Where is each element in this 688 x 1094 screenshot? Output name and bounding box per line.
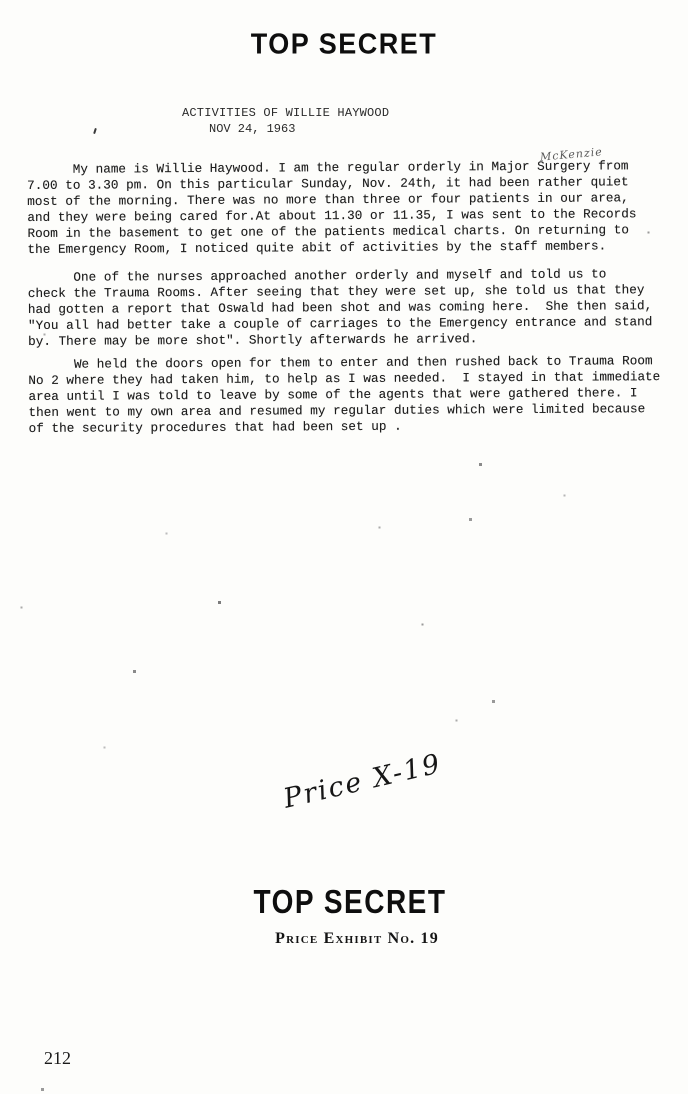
handwritten-signature: Price X-19 [281,748,445,814]
page-number: 212 [44,1048,71,1069]
typed-line: of the security procedures that had been… [29,417,688,437]
typed-line: the Emergency Room, I noticed quite abit… [27,238,687,258]
document-date: NOV 24, 1963 [209,122,295,136]
scanned-document-page: TOP SECRET ACTIVITIES OF WILLIE HAYWOOD … [0,0,688,1094]
classification-stamp-bottom: TOP SECRET [0,883,688,921]
paragraph-2: One of the nurses approached another ord… [28,266,688,350]
exhibit-label: Price Exhibit No. 19 [0,930,688,948]
document-title: ACTIVITIES OF WILLIE HAYWOOD [182,106,389,120]
paragraph-3: We held the doors open for them to enter… [28,353,688,437]
classification-stamp-top: TOP SECRET [0,28,688,61]
typed-line: by. There may be more shot". Shortly aft… [28,330,688,350]
paragraph-1: My name is Willie Haywood. I am the regu… [27,158,688,258]
scan-noise-specks [0,0,1,1]
stray-pen-mark [93,128,97,134]
typed-body: My name is Willie Haywood. I am the regu… [27,158,688,437]
